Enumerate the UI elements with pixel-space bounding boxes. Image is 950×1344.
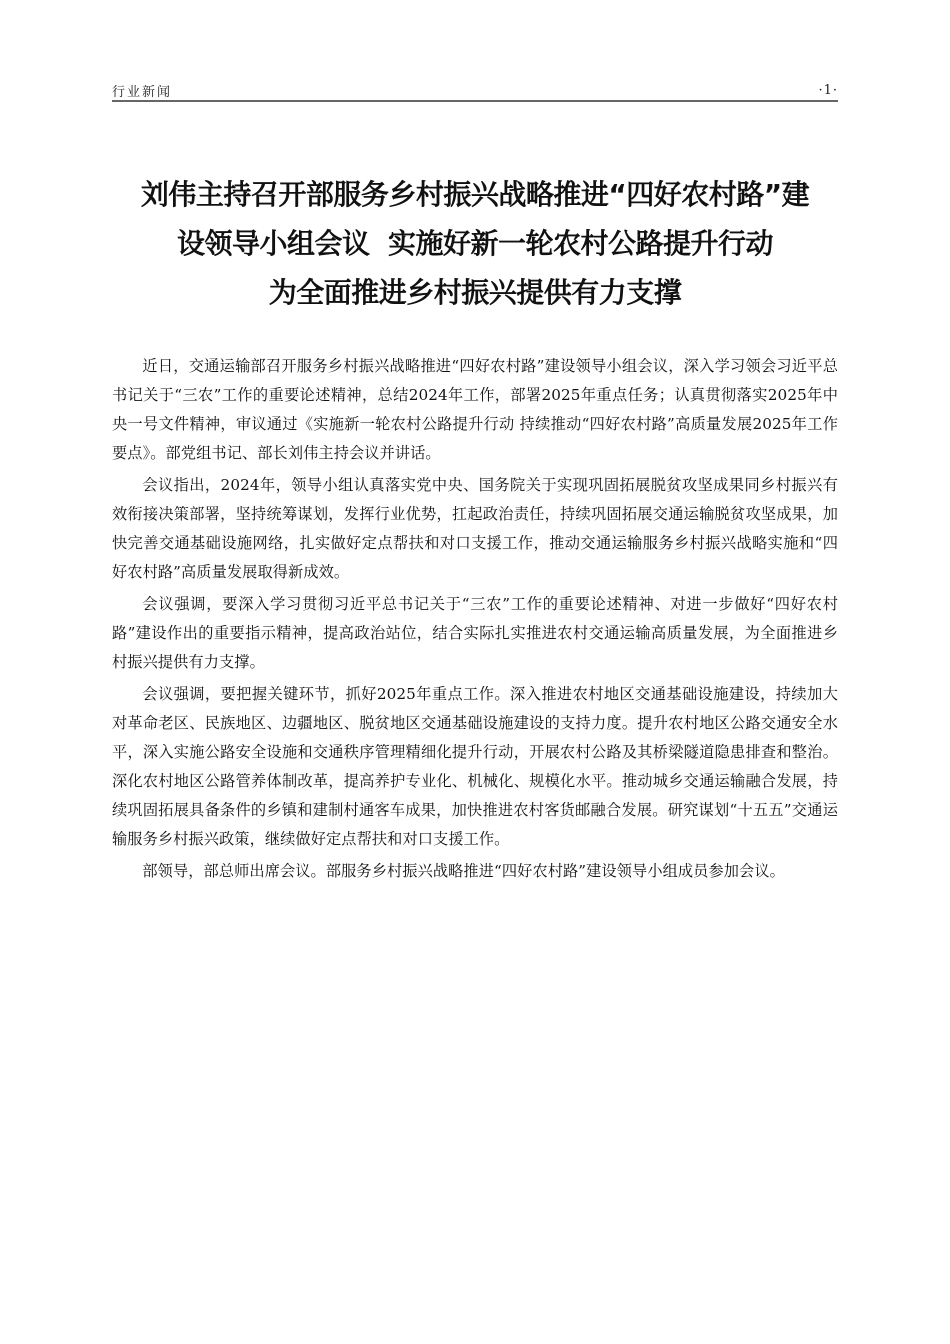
title-line-2: 设领导小组会议 实施好新一轮农村公路提升行动: [106, 219, 844, 268]
paragraph: 会议强调，要把握关键环节，抓好2025年重点工作。深入推进农村地区交通基础设施建…: [112, 680, 838, 854]
title-line-1: 刘伟主持召开部服务乡村振兴战略推进“四好农村路”建: [106, 170, 844, 219]
section-label: 行业新闻: [112, 81, 172, 100]
header-divider: [112, 100, 838, 102]
paragraph: 部领导，部总师出席会议。部服务乡村振兴战略推进“四好农村路”建设领导小组成员参加…: [112, 857, 838, 886]
paragraph: 会议强调，要深入学习贯彻习近平总书记关于“三农”工作的重要论述精神、对进一步做好…: [112, 590, 838, 677]
article-title: 刘伟主持召开部服务乡村振兴战略推进“四好农村路”建 设领导小组会议 实施好新一轮…: [106, 170, 844, 317]
paragraph: 会议指出，2024年，领导小组认真落实党中央、国务院关于实现巩固拓展脱贫攻坚成果…: [112, 471, 838, 587]
running-header: 行业新闻 ·1·: [112, 80, 838, 100]
title-line-3: 为全面推进乡村振兴提供有力支撑: [106, 268, 844, 317]
article-body: 近日，交通运输部召开服务乡村振兴战略推进“四好农村路”建设领导小组会议，深入学习…: [112, 352, 838, 889]
paragraph: 近日，交通运输部召开服务乡村振兴战略推进“四好农村路”建设领导小组会议，深入学习…: [112, 352, 838, 468]
page-number: ·1·: [818, 83, 838, 98]
document-page: 行业新闻 ·1· 刘伟主持召开部服务乡村振兴战略推进“四好农村路”建 设领导小组…: [112, 0, 838, 1344]
